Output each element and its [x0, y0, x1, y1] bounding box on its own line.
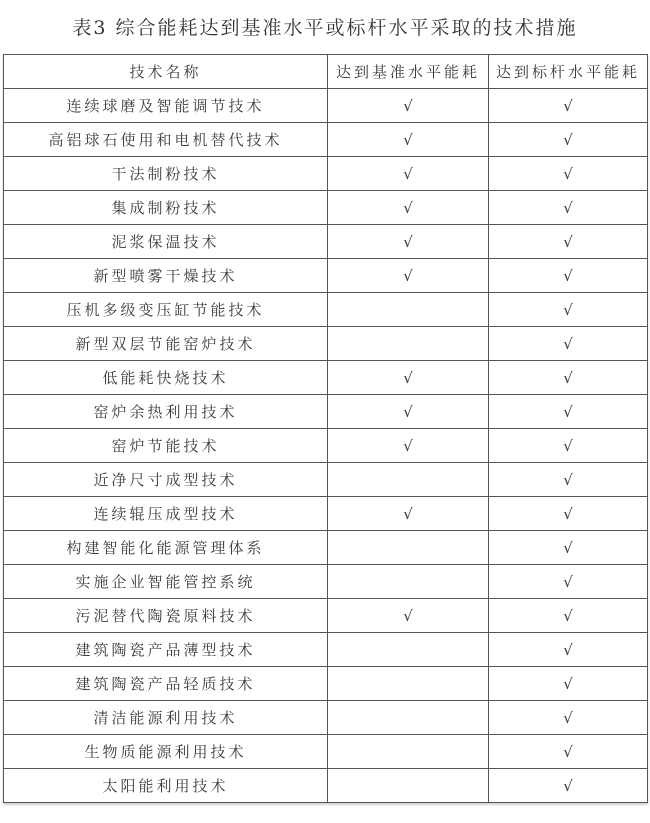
technology-name-cell: 清洁能源利用技术	[4, 701, 328, 735]
technology-name-cell: 压机多级变压缸节能技术	[4, 293, 328, 327]
benchmark-check-cell: √	[489, 667, 648, 701]
technology-name-cell: 近净尺寸成型技术	[4, 463, 328, 497]
technology-name-cell: 生物质能源利用技术	[4, 735, 328, 769]
table-row: 干法制粉技术√√	[4, 157, 648, 191]
baseline-check-cell	[328, 531, 489, 565]
baseline-check-cell: √	[328, 123, 489, 157]
technology-name-cell: 集成制粉技术	[4, 191, 328, 225]
technology-measures-table: 技术名称 达到基准水平能耗 达到标杆水平能耗 连续球磨及智能调节技术√√高铝球石…	[3, 54, 648, 803]
benchmark-check-cell: √	[489, 531, 648, 565]
table-row: 连续辊压成型技术√√	[4, 497, 648, 531]
table-row: 建筑陶瓷产品薄型技术√	[4, 633, 648, 667]
table-row: 压机多级变压缸节能技术√	[4, 293, 648, 327]
technology-name-cell: 新型双层节能窑炉技术	[4, 327, 328, 361]
benchmark-check-cell: √	[489, 225, 648, 259]
table-row: 窑炉节能技术√√	[4, 429, 648, 463]
baseline-check-cell	[328, 667, 489, 701]
table-row: 新型喷雾干燥技术√√	[4, 259, 648, 293]
baseline-check-cell: √	[328, 225, 489, 259]
benchmark-check-cell: √	[489, 599, 648, 633]
baseline-check-cell: √	[328, 259, 489, 293]
baseline-check-cell: √	[328, 89, 489, 123]
baseline-check-cell: √	[328, 191, 489, 225]
technology-name-cell: 污泥替代陶瓷原料技术	[4, 599, 328, 633]
table-row: 集成制粉技术√√	[4, 191, 648, 225]
table-row: 新型双层节能窑炉技术√	[4, 327, 648, 361]
technology-name-cell: 窑炉余热利用技术	[4, 395, 328, 429]
table-row: 窑炉余热利用技术√√	[4, 395, 648, 429]
table-row: 低能耗快烧技术√√	[4, 361, 648, 395]
table-row: 污泥替代陶瓷原料技术√√	[4, 599, 648, 633]
benchmark-check-cell: √	[489, 89, 648, 123]
benchmark-check-cell: √	[489, 327, 648, 361]
technology-name-cell: 实施企业智能管控系统	[4, 565, 328, 599]
benchmark-check-cell: √	[489, 361, 648, 395]
baseline-check-cell	[328, 327, 489, 361]
table-row: 太阳能利用技术√	[4, 769, 648, 803]
table-row: 泥浆保温技术√√	[4, 225, 648, 259]
technology-name-cell: 连续辊压成型技术	[4, 497, 328, 531]
baseline-check-cell	[328, 633, 489, 667]
technology-name-cell: 建筑陶瓷产品轻质技术	[4, 667, 328, 701]
benchmark-check-cell: √	[489, 259, 648, 293]
technology-name-cell: 泥浆保温技术	[4, 225, 328, 259]
technology-name-cell: 新型喷雾干燥技术	[4, 259, 328, 293]
table-row: 构建智能化能源管理体系√	[4, 531, 648, 565]
header-baseline-level: 达到基准水平能耗	[328, 55, 489, 89]
baseline-check-cell	[328, 463, 489, 497]
header-benchmark-level: 达到标杆水平能耗	[489, 55, 648, 89]
baseline-check-cell: √	[328, 497, 489, 531]
technology-name-cell: 低能耗快烧技术	[4, 361, 328, 395]
benchmark-check-cell: √	[489, 429, 648, 463]
benchmark-check-cell: √	[489, 157, 648, 191]
baseline-check-cell	[328, 735, 489, 769]
technology-name-cell: 构建智能化能源管理体系	[4, 531, 328, 565]
technology-name-cell: 连续球磨及智能调节技术	[4, 89, 328, 123]
technology-name-cell: 高铝球石使用和电机替代技术	[4, 123, 328, 157]
benchmark-check-cell: √	[489, 123, 648, 157]
baseline-check-cell: √	[328, 157, 489, 191]
benchmark-check-cell: √	[489, 293, 648, 327]
table-title: 表3 综合能耗达到基准水平或标杆水平采取的技术措施	[0, 13, 650, 40]
table-row: 实施企业智能管控系统√	[4, 565, 648, 599]
benchmark-check-cell: √	[489, 191, 648, 225]
benchmark-check-cell: √	[489, 463, 648, 497]
table-row: 生物质能源利用技术√	[4, 735, 648, 769]
baseline-check-cell	[328, 769, 489, 803]
baseline-check-cell	[328, 293, 489, 327]
benchmark-check-cell: √	[489, 633, 648, 667]
technology-name-cell: 太阳能利用技术	[4, 769, 328, 803]
table-row: 近净尺寸成型技术√	[4, 463, 648, 497]
benchmark-check-cell: √	[489, 735, 648, 769]
table-row: 建筑陶瓷产品轻质技术√	[4, 667, 648, 701]
table-header-row: 技术名称 达到基准水平能耗 达到标杆水平能耗	[4, 55, 648, 89]
baseline-check-cell: √	[328, 395, 489, 429]
benchmark-check-cell: √	[489, 769, 648, 803]
benchmark-check-cell: √	[489, 395, 648, 429]
header-technology-name: 技术名称	[4, 55, 328, 89]
benchmark-check-cell: √	[489, 701, 648, 735]
baseline-check-cell	[328, 701, 489, 735]
technology-name-cell: 建筑陶瓷产品薄型技术	[4, 633, 328, 667]
table-row: 清洁能源利用技术√	[4, 701, 648, 735]
baseline-check-cell	[328, 565, 489, 599]
benchmark-check-cell: √	[489, 565, 648, 599]
table-row: 高铝球石使用和电机替代技术√√	[4, 123, 648, 157]
benchmark-check-cell: √	[489, 497, 648, 531]
technology-name-cell: 干法制粉技术	[4, 157, 328, 191]
table-row: 连续球磨及智能调节技术√√	[4, 89, 648, 123]
technology-name-cell: 窑炉节能技术	[4, 429, 328, 463]
baseline-check-cell: √	[328, 361, 489, 395]
baseline-check-cell: √	[328, 599, 489, 633]
baseline-check-cell: √	[328, 429, 489, 463]
